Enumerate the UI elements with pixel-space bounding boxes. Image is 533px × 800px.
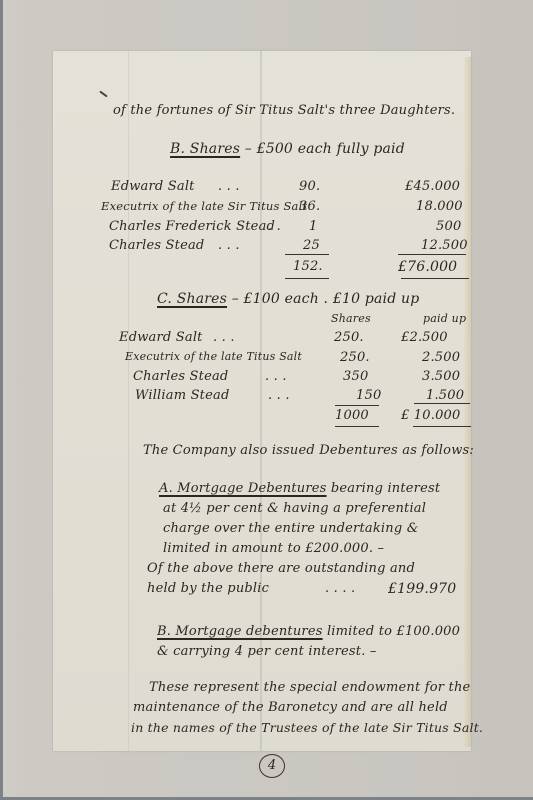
c-shares-label: C. Shares xyxy=(157,291,227,307)
b-row-dots: . . . xyxy=(218,179,240,194)
subtotal-rule xyxy=(398,254,466,255)
c-row-name: William Stead xyxy=(135,388,229,403)
b-row-amount: £45.000 xyxy=(405,179,460,194)
closing-line1: These represent the special endowment fo… xyxy=(149,680,470,695)
a-mortgage-line4: limited in amount to £200.000. – xyxy=(163,541,384,556)
debentures-intro: The Company also issued Debentures as fo… xyxy=(143,443,474,458)
ruling-line xyxy=(128,51,129,751)
closing-line3: in the names of the Trustees of the late… xyxy=(131,720,483,735)
subtotal-rule xyxy=(285,254,329,255)
total-rule xyxy=(285,278,329,279)
c-row-shares: 250. xyxy=(334,330,364,345)
c-shares-terms: – £100 each . £10 paid up xyxy=(232,291,420,307)
a-mortgage-outstanding: £199.970 xyxy=(388,581,456,597)
b-shares-heading: B. Shares – £500 each fully paid xyxy=(170,141,405,157)
c-total-shares: 1000 xyxy=(335,408,369,423)
b-mortgage-line2: & carrying 4 per cent interest. – xyxy=(157,644,377,659)
b-row-name: Charles Frederick Stead xyxy=(109,219,275,234)
b-row-dots: . . xyxy=(268,219,281,234)
c-row-amount: £2.500 xyxy=(401,330,448,345)
b-mortgage-label: B. Mortgage debentures xyxy=(157,624,323,639)
a-mortgage-line1: A. Mortgage Debentures bearing interest xyxy=(159,481,440,496)
b-mortgage-text: limited to £100.000 xyxy=(327,624,460,639)
b-row-shares: 25 xyxy=(303,238,320,253)
c-row-amount: 1.500 xyxy=(426,388,464,403)
a-mortgage-line3: charge over the entire undertaking & xyxy=(163,521,418,536)
c-row-dots: . . . xyxy=(268,388,290,403)
c-row-dots: . . . xyxy=(213,330,235,345)
b-total-amount: £76.000 xyxy=(398,259,457,275)
a-mortgage-label: A. Mortgage Debentures xyxy=(159,481,327,496)
b-row-amount: 18.000 xyxy=(416,199,463,214)
b-row-shares: 90. xyxy=(299,179,320,194)
c-row-dots: . . . xyxy=(265,369,287,384)
total-rule xyxy=(401,278,469,279)
b-total-shares: 152. xyxy=(293,259,323,274)
c-row-name: Edward Salt xyxy=(119,330,203,345)
b-shares-label: B. Shares xyxy=(170,141,240,157)
b-row-name: Executrix of the late Sir Titus Salt xyxy=(101,199,307,213)
b-row-amount: 500 xyxy=(436,219,461,234)
b-row-name: Edward Salt xyxy=(111,179,195,194)
b-row-shares: 36. xyxy=(299,199,320,214)
intro-line: of the fortunes of Sir Titus Salt's thre… xyxy=(113,103,455,118)
c-col-shares-header: Shares xyxy=(331,312,371,325)
c-col-paid-header: paid up xyxy=(423,312,466,325)
c-row-amount: 3.500 xyxy=(422,369,460,384)
b-row-amount: 12.500 xyxy=(421,238,468,253)
c-row-shares: 250. xyxy=(340,350,370,365)
c-row-name: Charles Stead xyxy=(133,369,228,384)
manuscript-page: of the fortunes of Sir Titus Salt's thre… xyxy=(53,51,471,751)
a-mortgage-text: bearing interest xyxy=(331,481,440,496)
a-mortgage-line5: Of the above there are outstanding and xyxy=(147,561,415,576)
closing-line2: maintenance of the Baronetcy and are all… xyxy=(133,700,448,715)
a-mortgage-line6: held by the public xyxy=(147,581,269,596)
b-row-dots: . . . xyxy=(218,238,240,253)
subtotal-rule xyxy=(414,403,470,404)
page-number: 4 xyxy=(259,754,285,778)
c-row-amount: 2.500 xyxy=(422,350,460,365)
total-rule xyxy=(335,426,379,427)
a-mortgage-line2: at 4½ per cent & having a preferential xyxy=(163,501,426,516)
b-row-name: Charles Stead xyxy=(109,238,204,253)
c-total-amount: £ 10.000 xyxy=(401,408,461,423)
subtotal-rule xyxy=(335,405,379,406)
c-shares-heading: C. Shares – £100 each . £10 paid up xyxy=(157,291,419,307)
b-shares-terms: – £500 each fully paid xyxy=(245,141,405,157)
c-row-shares: 150 xyxy=(356,388,381,403)
b-row-shares: 1 xyxy=(309,219,317,234)
ink-mark xyxy=(99,91,108,98)
c-row-name: Executrix of the late Titus Salt xyxy=(125,350,302,363)
b-mortgage-line1: B. Mortgage debentures limited to £100.0… xyxy=(157,624,460,639)
c-row-shares: 350 xyxy=(343,369,368,384)
total-rule xyxy=(413,426,471,427)
a-mortgage-dots: . . . . xyxy=(325,581,355,596)
